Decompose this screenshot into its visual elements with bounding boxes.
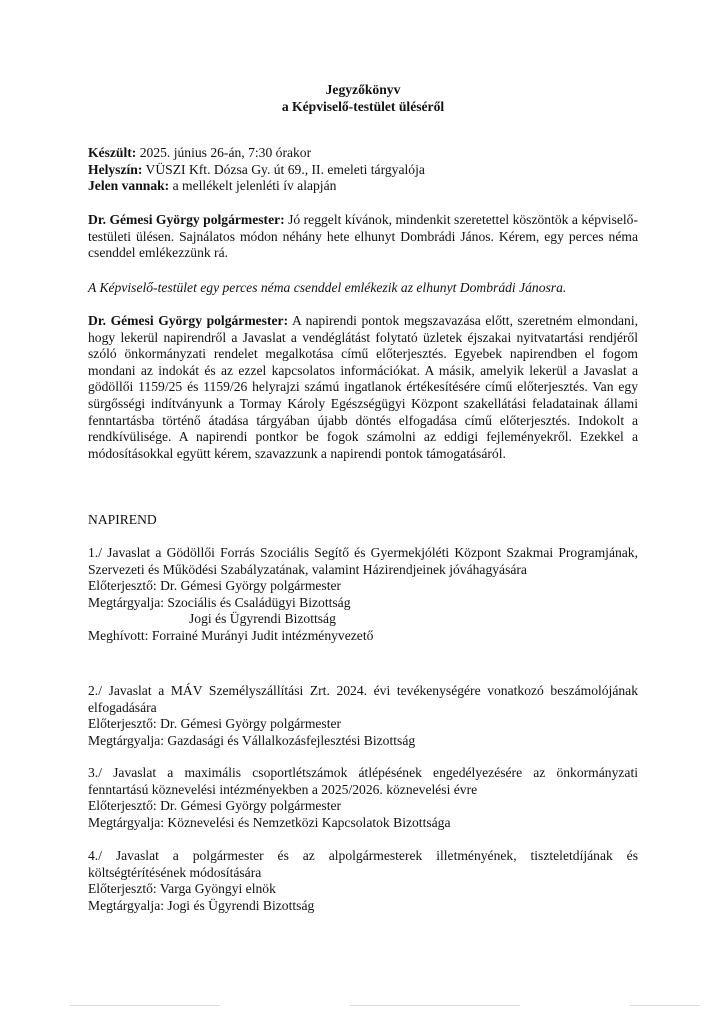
speaker-name: Dr. Gémesi György polgármester: xyxy=(88,313,288,328)
agenda-item-presenter: Előterjesztő: Dr. Gémesi György polgárme… xyxy=(88,798,638,815)
agenda-item-title: 1./ Javaslat a Gödöllői Forrás Szociális… xyxy=(88,545,638,578)
speech-paragraph-2: Dr. Gémesi György polgármester: A napire… xyxy=(88,313,638,462)
agenda-item-presenter: Előterjesztő: Dr. Gémesi György polgárme… xyxy=(88,716,638,733)
speaker-name: Dr. Gémesi György polgármester: xyxy=(88,212,285,227)
meta-location: Helyszín: VÜSZI Kft. Dózsa Gy. út 69., I… xyxy=(88,162,638,179)
title-line-2: a Képviselő-testület üléséről xyxy=(88,99,638,116)
meta-block: Készült: 2025. június 26-án, 7:30 órakor… xyxy=(88,145,638,195)
agenda-item-2: 2./ Javaslat a MÁV Személyszállítási Zrt… xyxy=(88,683,638,749)
speech-text: A napirendi pontok megszavazása előtt, s… xyxy=(88,313,638,461)
speech-paragraph-1: Dr. Gémesi György polgármester: Jó regge… xyxy=(88,212,638,262)
meta-present: Jelen vannak: a mellékelt jelenléti ív a… xyxy=(88,178,638,195)
agenda-item-committee: Megtárgyalja: Köznevelési és Nemzetközi … xyxy=(88,815,638,832)
agenda-heading: NAPIREND xyxy=(88,512,638,529)
agenda-item-presenter: Előterjesztő: Dr. Gémesi György polgárme… xyxy=(88,578,638,595)
agenda-item-committee: Megtárgyalja: Szociális és Családügyi Bi… xyxy=(88,595,638,612)
agenda-item-4: 4./ Javaslat a polgármester és az alpolg… xyxy=(88,848,638,914)
minutes-note: A Képviselő-testület egy perces néma cse… xyxy=(88,280,638,297)
title-line-1: Jegyzőkönyv xyxy=(88,82,638,99)
agenda-item-committee: Megtárgyalja: Gazdasági és Vállalkozásfe… xyxy=(88,733,638,750)
agenda-item-3: 3./ Javaslat a maximális csoportlétszámo… xyxy=(88,765,638,831)
scan-noise xyxy=(350,1005,520,1006)
agenda-item-1: 1./ Javaslat a Gödöllői Forrás Szociális… xyxy=(88,545,638,645)
meta-created: Készült: 2025. június 26-án, 7:30 órakor xyxy=(88,145,638,162)
agenda-item-committee: Megtárgyalja: Jogi és Ügyrendi Bizottság xyxy=(88,898,638,915)
document-title: Jegyzőkönyv a Képviselő-testület ülésérő… xyxy=(88,82,638,115)
scan-noise xyxy=(630,1005,700,1006)
agenda-item-presenter: Előterjesztő: Varga Gyöngyi elnök xyxy=(88,881,638,898)
agenda-item-title: 2./ Javaslat a MÁV Személyszállítási Zrt… xyxy=(88,683,638,716)
agenda-item-title: 4./ Javaslat a polgármester és az alpolg… xyxy=(88,848,638,881)
agenda-item-committee-extra: Jogi és Ügyrendi Bizottság xyxy=(88,611,638,628)
agenda-item-invited: Meghívott: Forrainé Murányi Judit intézm… xyxy=(88,628,638,645)
agenda-item-title: 3./ Javaslat a maximális csoportlétszámo… xyxy=(88,765,638,798)
scan-noise xyxy=(70,1005,220,1006)
